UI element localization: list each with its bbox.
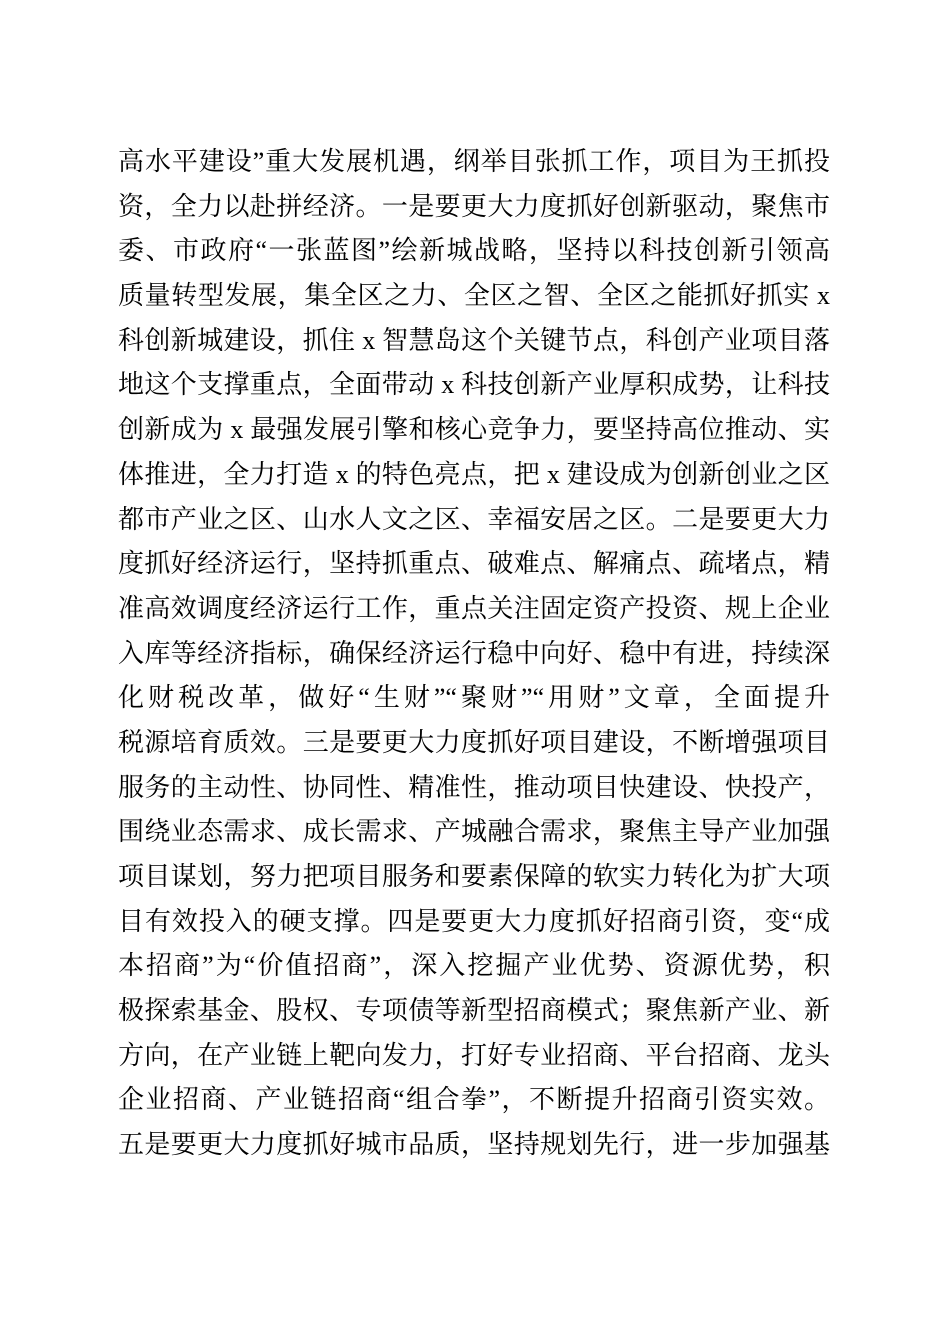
document-paragraph: 高水平建设”重大发展机遇，纲举目张抓工作，项目为王抓投资，全力以赴拼经济。一是要…	[118, 140, 830, 1168]
text-line: 方向，在产业链上靶向发力，打好专业招商、平台招商、龙头	[118, 1034, 830, 1079]
text-line: 科创新城建设，抓住 x 智慧岛这个关键节点，科创产业项目落	[118, 319, 830, 364]
text-line: 质量转型发展，集全区之力、全区之智、全区之能抓好抓实 x	[118, 274, 830, 319]
text-line: 创新成为 x 最强发展引擎和核心竞争力，要坚持高位推动、实	[118, 408, 830, 453]
text-line: 高水平建设”重大发展机遇，纲举目张抓工作，项目为王抓投	[118, 140, 830, 185]
document-page: 高水平建设”重大发展机遇，纲举目张抓工作，项目为王抓投资，全力以赴拼经济。一是要…	[0, 0, 950, 1344]
text-line: 本招商”为“价值招商”，深入挖掘产业优势、资源优势，积	[118, 944, 830, 989]
text-line: 极探索基金、股权、专项债等新型招商模式；聚焦新产业、新	[118, 989, 830, 1034]
text-line: 准高效调度经济运行工作，重点关注固定资产投资、规上企业	[118, 587, 830, 632]
text-line: 服务的主动性、协同性、精准性，推动项目快建设、快投产，	[118, 766, 830, 811]
text-line: 委、市政府“一张蓝图”绘新城战略，坚持以科技创新引领高	[118, 229, 830, 274]
text-line: 都市产业之区、山水人文之区、幸福安居之区。二是要更大力	[118, 498, 830, 543]
text-line: 围绕业态需求、成长需求、产城融合需求，聚焦主导产业加强	[118, 810, 830, 855]
text-line: 资，全力以赴拼经济。一是要更大力度抓好创新驱动，聚焦市	[118, 185, 830, 230]
text-line: 化财税改革，做好“生财”“聚财”“用财”文章，全面提升	[118, 676, 830, 721]
text-line: 目有效投入的硬支撑。四是要更大力度抓好招商引资，变“成	[118, 900, 830, 945]
text-line: 度抓好经济运行，坚持抓重点、破难点、解痛点、疏堵点，精	[118, 542, 830, 587]
text-line: 税源培育质效。三是要更大力度抓好项目建设，不断增强项目	[118, 721, 830, 766]
text-line: 企业招商、产业链招商“组合拳”，不断提升招商引资实效。	[118, 1078, 830, 1123]
text-line: 体推进，全力打造 x 的特色亮点，把 x 建设成为创新创业之区	[118, 453, 830, 498]
text-line: 项目谋划，努力把项目服务和要素保障的软实力转化为扩大项	[118, 855, 830, 900]
text-line: 五是要更大力度抓好城市品质，坚持规划先行，进一步加强基	[118, 1123, 830, 1168]
text-line: 地这个支撑重点，全面带动 x 科技创新产业厚积成势，让科技	[118, 363, 830, 408]
text-line: 入库等经济指标，确保经济运行稳中向好、稳中有进，持续深	[118, 632, 830, 677]
